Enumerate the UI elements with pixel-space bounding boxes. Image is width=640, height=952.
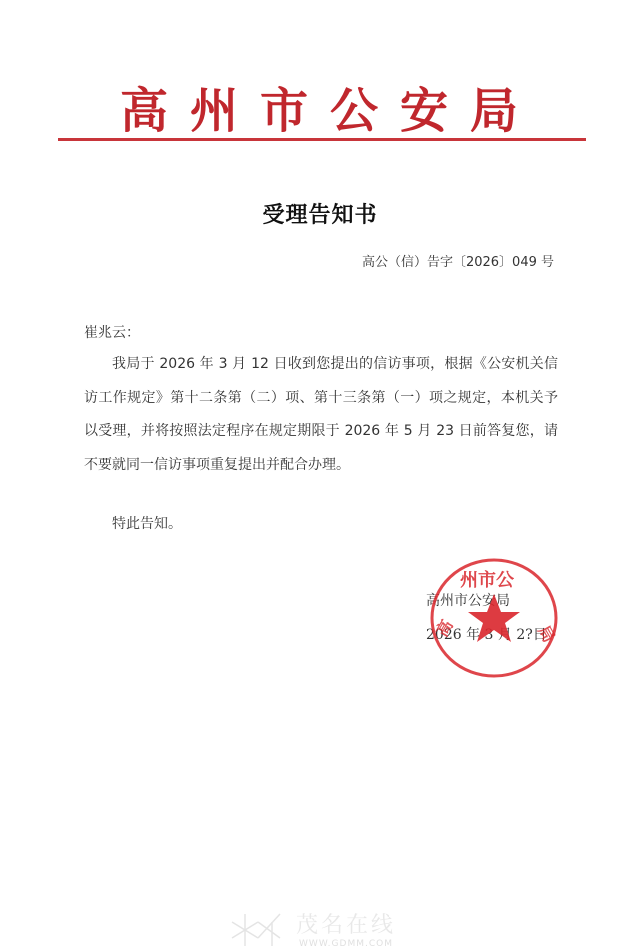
watermark-url: WWW.GDMM.COM (299, 939, 393, 949)
closing-line: 特此告知。 (112, 513, 182, 533)
masthead-char: 公 (330, 72, 380, 141)
official-seal-icon: 州市公 高 局 (422, 552, 572, 682)
document-number: 高公（信）告字〔2026〕049 号 (362, 251, 554, 270)
site-watermark: 茂名在线 WWW.GDMM.COM (228, 906, 448, 950)
masthead-org-name: 高 州 市 公 安 局 (120, 72, 520, 141)
masthead-char: 州 (190, 72, 240, 141)
masthead-char: 安 (400, 72, 450, 141)
document-title: 受理告知书 (0, 198, 640, 229)
svg-text:州市公: 州市公 (460, 569, 514, 591)
masthead-char: 市 (260, 72, 310, 141)
salutation: 崔兆云： (84, 322, 140, 342)
masthead-char: 局 (470, 72, 520, 141)
masthead-char: 高 (120, 72, 170, 141)
watermark-text: 茂名在线 (296, 908, 396, 939)
masthead-divider (58, 138, 586, 141)
body-paragraph: 我局于 2026 年 3 月 12 日收到您提出的信访事项，根据《公安机关信访工… (84, 348, 558, 482)
watermark-logo-icon (228, 908, 288, 948)
